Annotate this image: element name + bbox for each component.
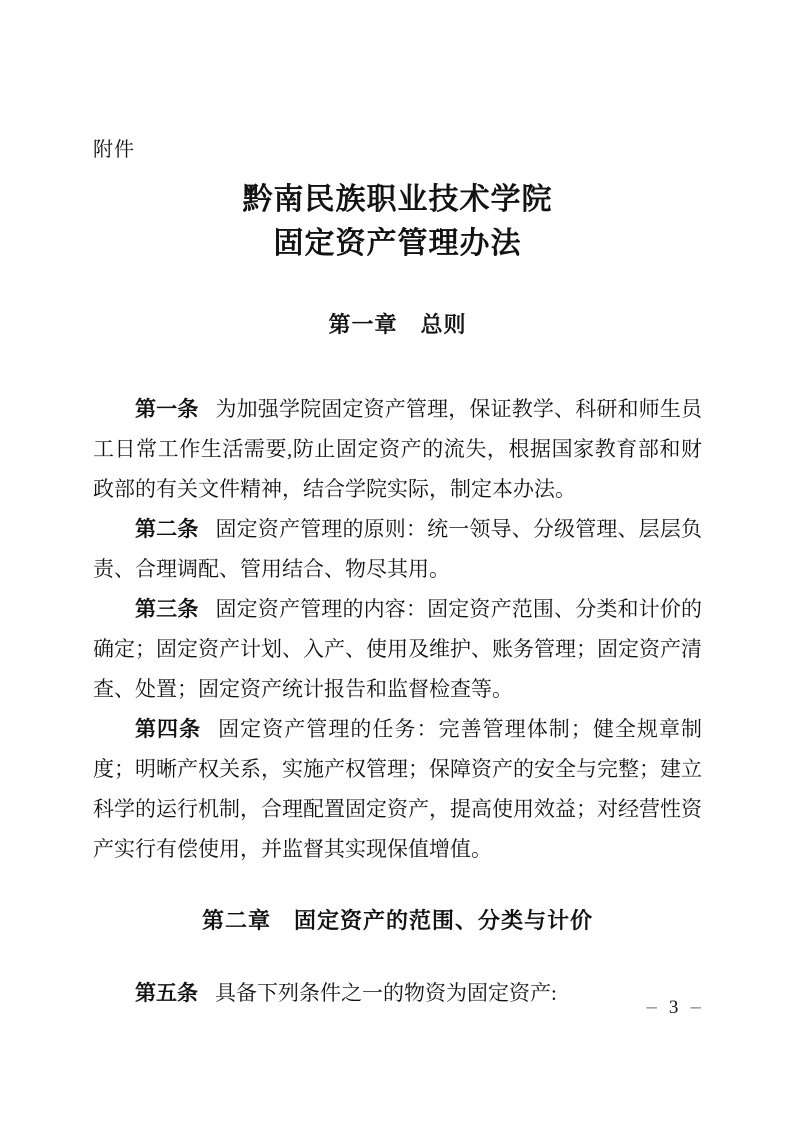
article-3: 第三条固定资产管理的内容：固定资产范围、分类和计价的确定；固定资产计划、入产、使…: [93, 589, 702, 709]
article-4-label: 第四条: [135, 717, 201, 741]
chapter-1-articles: 第一条为加强学院固定资产管理，保证教学、科研和师生员工日常工作生活需要,防止固定…: [93, 389, 702, 869]
page-number: –3–: [646, 997, 701, 1019]
page-number-right-dash: –: [690, 997, 701, 1018]
document-title: 黔南民族职业技术学院 固定资产管理办法: [93, 178, 702, 266]
article-2: 第二条固定资产管理的原则：统一领导、分级管理、层层负责、合理调配、管用结合、物尽…: [93, 509, 702, 589]
article-3-label: 第三条: [135, 597, 198, 621]
article-1: 第一条为加强学院固定资产管理，保证教学、科研和师生员工日常工作生活需要,防止固定…: [93, 389, 702, 509]
article-1-label: 第一条: [135, 397, 198, 421]
chapter-2-heading: 第二章 固定资产的范围、分类与计价: [93, 906, 702, 936]
article-2-label: 第二条: [135, 517, 198, 541]
article-5: 第五条具备下列条件之一的物资为固定资产:: [93, 973, 702, 1013]
attachment-label: 附件: [93, 138, 702, 162]
document-title-line-2: 固定资产管理办法: [93, 222, 702, 266]
chapter-1-heading: 第一章 总则: [93, 310, 702, 340]
document-page: 附件 黔南民族职业技术学院 固定资产管理办法 第一章 总则 第一条为加强学院固定…: [0, 0, 793, 1122]
article-4: 第四条固定资产管理的任务：完善管理体制；健全规章制度；明晰产权关系，实施产权管理…: [93, 709, 702, 869]
article-5-label: 第五条: [135, 981, 198, 1005]
page-number-left-dash: –: [646, 997, 657, 1018]
page-number-value: 3: [669, 997, 679, 1018]
article-5-text: 具备下列条件之一的物资为固定资产:: [215, 981, 557, 1005]
document-title-line-1: 黔南民族职业技术学院: [93, 178, 702, 222]
document-content: 附件 黔南民族职业技术学院 固定资产管理办法 第一章 总则 第一条为加强学院固定…: [0, 0, 793, 1013]
chapter-2-articles: 第五条具备下列条件之一的物资为固定资产:: [93, 973, 702, 1013]
